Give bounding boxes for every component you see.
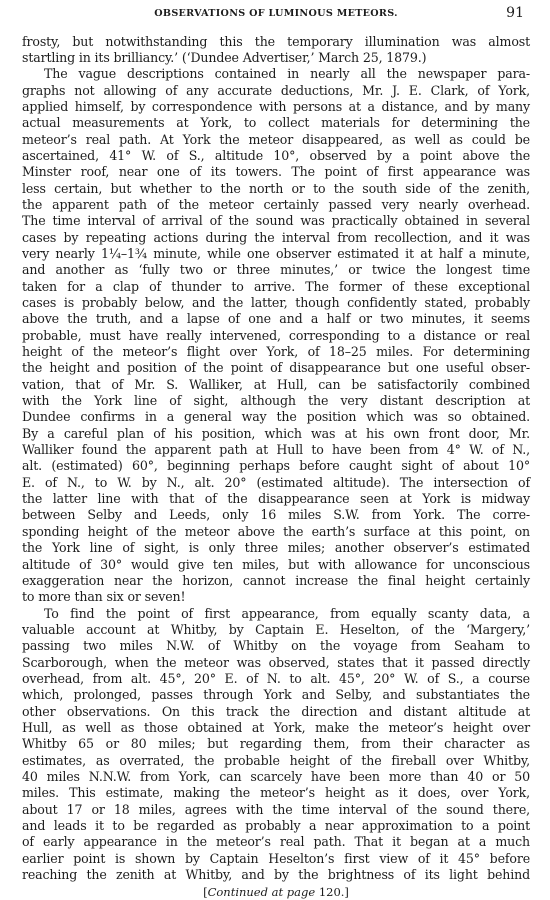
text-line: the apparent path of the meteor certainl… — [22, 197, 530, 213]
text-line: E. of N., to W. by N., alt. 20° (estimat… — [22, 475, 530, 491]
text-line: passing two miles N.W. of Whitby on the … — [22, 638, 530, 654]
text-line: taken for a clap of thunder to arrive. T… — [22, 279, 530, 295]
text-line: exaggeration near the horizon, cannot in… — [22, 573, 530, 589]
text-line: graphs not allowing of any accurate dedu… — [22, 83, 530, 99]
text-line: to more than six or seven! — [22, 589, 530, 605]
text-line: between Selby and Leeds, only 16 miles S… — [22, 507, 530, 523]
text-line: cases by repeating actions during the in… — [22, 230, 530, 246]
page-header: OBSERVATIONS OF LUMINOUS METEORS. 91 — [22, 5, 530, 25]
text-line: applied himself, by correspondence with … — [22, 99, 530, 115]
text-line: and another as ‘fully two or three minut… — [22, 262, 530, 278]
text-line: Hull, as well as those obtained at York,… — [22, 720, 530, 736]
page-number: 91 — [506, 5, 524, 21]
text-line: of early appearance in the meteor’s real… — [22, 834, 530, 850]
text-line: startling in its brilliancy.’ (‘Dundee A… — [22, 50, 530, 66]
text-line: The time interval of arrival of the soun… — [22, 213, 530, 229]
text-line: actual measurements at York, to collect … — [22, 115, 530, 131]
text-line: altitude of 30° would give ten miles, bu… — [22, 557, 530, 573]
text-line: alt. (estimated) 60°, beginning perhaps … — [22, 458, 530, 474]
text-line: the height and position of the point of … — [22, 360, 530, 376]
text-line: valuable account at Whitby, by Captain E… — [22, 622, 530, 638]
paragraph: The vague descriptions contained in near… — [22, 66, 530, 605]
text-line: the latter line with that of the disappe… — [22, 491, 530, 507]
continued-note: [Continued at page 120.] — [22, 884, 530, 900]
text-line: Dundee confirms in a general way the pos… — [22, 409, 530, 425]
text-line: 40 miles N.N.W. from York, can scarcely … — [22, 769, 530, 785]
text-line: estimates, as overrated, the probable he… — [22, 753, 530, 769]
text-line: frosty, but notwithstanding this the tem… — [22, 34, 530, 50]
text-line: the York line of sight, is only three mi… — [22, 540, 530, 556]
continued-label: Continued at page — [208, 885, 316, 899]
text-line: with the York line of sight, although th… — [22, 393, 530, 409]
text-line: vation, that of Mr. S. Walliker, at Hull… — [22, 377, 530, 393]
text-line: The vague descriptions contained in near… — [22, 66, 530, 82]
text-line: meteor’s real path. At York the meteor d… — [22, 132, 530, 148]
text-line: reaching the zenith at Whitby, and by th… — [22, 867, 530, 883]
text-line: Whitby 65 or 80 miles; but regarding the… — [22, 736, 530, 752]
text-line: By a careful plan of his position, which… — [22, 426, 530, 442]
text-line: To find the point of first appearance, f… — [22, 606, 530, 622]
bracket-close: .] — [341, 885, 349, 899]
text-line: probable, must have really intervened, c… — [22, 328, 530, 344]
text-line: which, prolonged, passes through York an… — [22, 687, 530, 703]
running-title: OBSERVATIONS OF LUMINOUS METEORS. — [22, 8, 530, 19]
text-line: above the truth, and a lapse of one and … — [22, 311, 530, 327]
text-line: sponding height of the meteor above the … — [22, 524, 530, 540]
text-line: about 17 or 18 miles, agrees with the ti… — [22, 802, 530, 818]
paragraph: frosty, but notwithstanding this the tem… — [22, 34, 530, 67]
text-line: less certain, but whether to the north o… — [22, 181, 530, 197]
text-line: ascertained, 41° W. of S., altitude 10°,… — [22, 148, 530, 164]
paragraph: To find the point of first appearance, f… — [22, 606, 530, 884]
text-line: Walliker found the apparent path at Hull… — [22, 442, 530, 458]
text-line: Scarborough, when the meteor was observe… — [22, 655, 530, 671]
text-line: earlier point is shown by Captain Heselt… — [22, 851, 530, 867]
text-line: overhead, from alt. 45°, 20° E. of N. to… — [22, 671, 530, 687]
text-line: very nearly 1¼–1¾ minute, while one obse… — [22, 246, 530, 262]
body-text: frosty, but notwithstanding this the tem… — [22, 34, 530, 900]
text-line: cases is probably below, and the latter,… — [22, 295, 530, 311]
text-line: miles. This estimate, making the meteor’… — [22, 785, 530, 801]
text-line: and leads it to be regarded as probably … — [22, 818, 530, 834]
continued-page-number: 120 — [319, 885, 341, 899]
text-line: other observations. On this track the di… — [22, 704, 530, 720]
text-line: Minster roof, near one of its towers. Th… — [22, 164, 530, 180]
text-line: height of the meteor’s flight over York,… — [22, 344, 530, 360]
